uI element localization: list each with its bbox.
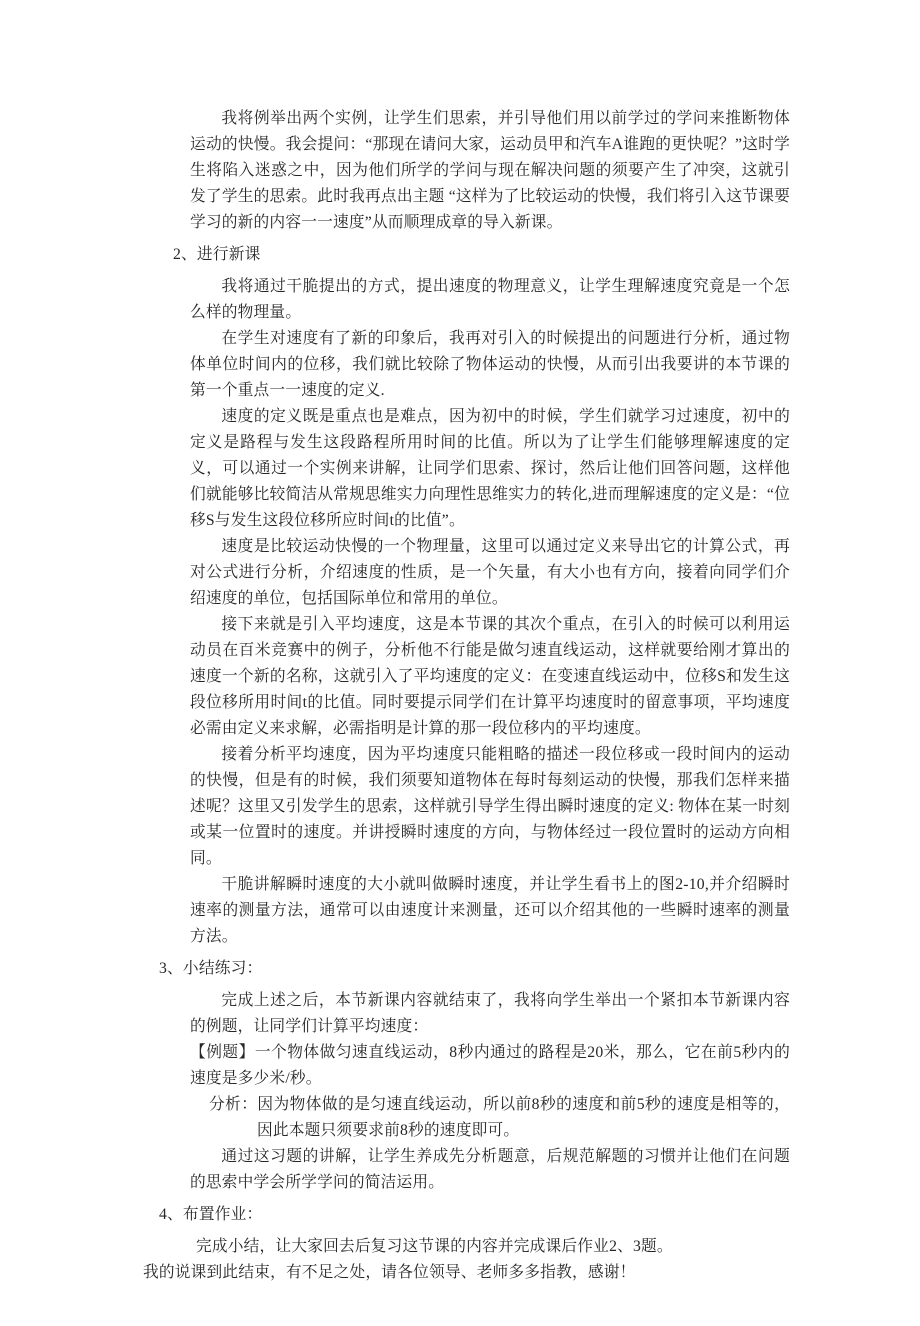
paragraph-closing-remark: 我的说课到此结束，有不足之处，请各位领导、老师多多指教，感谢！ bbox=[143, 1260, 790, 1286]
paragraph-exercise-intro: 完成上述之后，本节新课内容就结束了，我将向学生举出一个紧扣本节新课内容的例题，让… bbox=[190, 988, 790, 1040]
paragraph-physical-meaning: 我将通过干脆提出的方式，提出速度的物理意义，让学生理解速度究竟是一个怎么样的物理… bbox=[190, 274, 790, 326]
paragraph-first-key-point: 在学生对速度有了新的印象后，我再对引入的时候提出的问题进行分析，通过物体单位时间… bbox=[190, 326, 790, 404]
section-heading-summary-exercise: 3、小结练习： bbox=[159, 956, 790, 982]
paragraph-exercise-purpose: 通过这习题的讲解，让学生养成先分析题意，后规范解题的习惯并让他们在问题的思索中学… bbox=[190, 1144, 790, 1196]
paragraph-instantaneous-velocity: 接着分析平均速度，因为平均速度只能粗略的描述一段位移或一段时间内的运动的快慢，但… bbox=[190, 742, 790, 872]
paragraph-lead-in-example: 我将例举出两个实例，让学生们思索，并引导他们用以前学过的学问来推断物体运动的快慢… bbox=[190, 106, 790, 236]
paragraph-speedometer: 干脆讲解瞬时速度的大小就叫做瞬时速度，并让学生看书上的图2-10,并介绍瞬时速率… bbox=[190, 872, 790, 950]
document-page: 我将例举出两个实例，让学生们思索，并引导他们用以前学过的学问来推断物体运动的快慢… bbox=[0, 0, 920, 1326]
paragraph-velocity-definition: 速度的定义既是重点也是难点，因为初中的时候，学生们就学习过速度，初中的定义是路程… bbox=[190, 404, 790, 534]
paragraph-example-problem: 【例题】一个物体做匀速直线运动，8秒内通过的路程是20米，那么，它在前5秒内的速… bbox=[190, 1040, 790, 1092]
paragraph-average-velocity: 接下来就是引入平均速度，这是本节课的其次个重点，在引入的时候可以利用运动员在百米… bbox=[190, 612, 790, 742]
section-heading-new-lesson: 2、进行新课 bbox=[173, 242, 790, 268]
paragraph-homework-assignment: 完成小结，让大家回去后复习这节课的内容并完成课后作业2、3题。 bbox=[196, 1234, 790, 1260]
paragraph-analysis: 分析：因为物体做的是匀速直线运动，所以前8秒的速度和前5秒的速度是相等的，因此本… bbox=[209, 1092, 790, 1144]
section-heading-homework: 4、布置作业： bbox=[159, 1202, 790, 1228]
paragraph-velocity-properties: 速度是比较运动快慢的一个物理量，这里可以通过定义来导出它的计算公式，再对公式进行… bbox=[190, 534, 790, 612]
